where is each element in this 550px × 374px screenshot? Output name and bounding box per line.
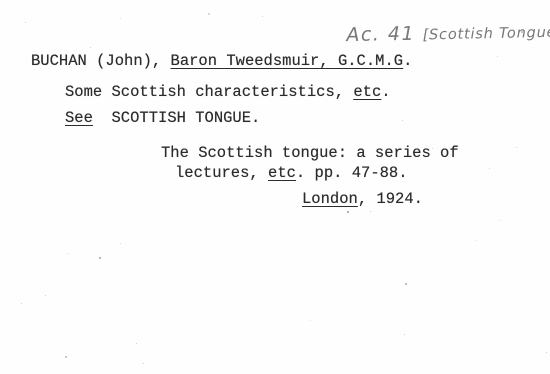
typed-line-heading: BUCHAN (John), Baron Tweedsmuir, G.C.M.G… bbox=[31, 53, 412, 69]
noise-speckle bbox=[405, 283, 407, 285]
noise-speckle bbox=[489, 168, 490, 169]
noise-speckle bbox=[347, 211, 349, 213]
typed-text: . bbox=[403, 52, 412, 70]
typed-text: . pp. 47-88. bbox=[296, 164, 408, 182]
noise-speckle bbox=[45, 295, 46, 296]
typed-line-title: Some Scottish characteristics, etc. bbox=[65, 84, 391, 100]
noise-speckle bbox=[120, 18, 121, 19]
noise-speckle bbox=[330, 95, 331, 96]
typed-line-see-reference: See SCOTTISH TONGUE. bbox=[65, 110, 260, 126]
noise-speckle bbox=[370, 211, 371, 212]
noise-speckle bbox=[25, 22, 26, 23]
noise-speckle bbox=[21, 303, 22, 304]
catalog-card-scan: Ac. 41 [Scottish Tongue.] BUCHAN (John),… bbox=[0, 0, 550, 374]
typed-text: . bbox=[381, 83, 390, 101]
underlined-text: etc bbox=[353, 83, 381, 101]
noise-speckle bbox=[402, 120, 403, 121]
noise-speckle bbox=[136, 343, 137, 344]
typed-text: SCOTTISH TONGUE. bbox=[93, 109, 260, 127]
noise-speckle bbox=[90, 47, 91, 48]
typed-line-series-title-line-2: lectures, etc. pp. 47-88. bbox=[175, 165, 408, 181]
noise-speckle bbox=[499, 220, 500, 221]
handwritten-shelfmark: Ac. 41 bbox=[346, 23, 423, 47]
typed-line-imprint: London, 1924. bbox=[302, 191, 423, 207]
typed-text: BUCHAN (John), bbox=[31, 52, 171, 70]
typed-line-series-title-line-1: The Scottish tongue: a series of bbox=[161, 145, 459, 161]
typed-text: lectures, bbox=[175, 164, 268, 182]
noise-speckle bbox=[65, 356, 67, 358]
noise-speckle bbox=[143, 363, 144, 364]
noise-speckle bbox=[262, 16, 263, 17]
typed-text: The Scottish tongue: a series of bbox=[161, 144, 459, 162]
noise-speckle bbox=[208, 13, 210, 15]
noise-speckle bbox=[310, 320, 311, 321]
noise-speckle bbox=[516, 147, 517, 148]
typed-text: Some Scottish characteristics, bbox=[65, 83, 353, 101]
noise-speckle bbox=[432, 148, 433, 149]
handwritten-subject-reference: [Scottish Tongue.] bbox=[422, 24, 550, 43]
noise-speckle bbox=[99, 257, 101, 259]
underlined-text: London bbox=[302, 190, 358, 208]
noise-speckle bbox=[546, 352, 547, 353]
underlined-text: Baron Tweedsmuir, G.C.M.G bbox=[171, 52, 404, 70]
typed-text: , 1924. bbox=[358, 190, 423, 208]
noise-speckle bbox=[497, 56, 498, 57]
underlined-text: etc bbox=[268, 164, 296, 182]
noise-speckle bbox=[521, 31, 523, 33]
noise-speckle bbox=[120, 243, 121, 244]
noise-speckle bbox=[475, 240, 476, 241]
noise-speckle bbox=[404, 334, 405, 335]
noise-speckle bbox=[67, 253, 68, 254]
underlined-text: See bbox=[65, 109, 93, 127]
